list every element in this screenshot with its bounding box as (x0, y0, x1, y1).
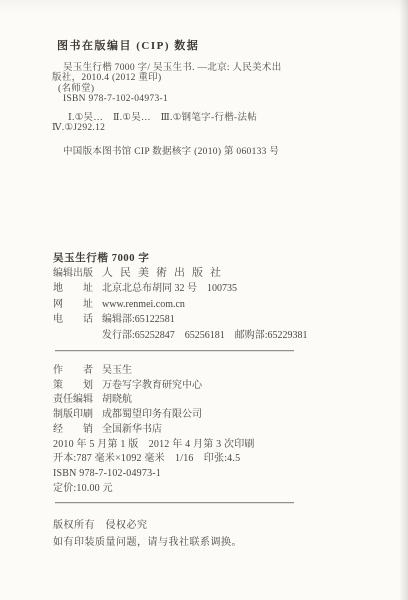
row-value: 编辑部:65122581 (102, 312, 175, 327)
cip-classification-line-2: Ⅳ.①J292.12 (52, 123, 322, 133)
cip-entry-line-2: 版社，2010.4 (2012 重印) (52, 73, 322, 83)
printer-row: 制版印刷 成都蜀望印务有限公司 (53, 408, 353, 423)
phone-row-2: 发行部:65252847 65256181 邮购部:65229381 (53, 328, 353, 343)
website-row: 网 址 www.renmei.com.cn (53, 297, 353, 312)
credits-block: 作 者 吴玉生 策 划 万卷写字教育研究中心 责任编辑 胡晓航 制版印刷 成都蜀… (53, 364, 353, 496)
book-title: 吴玉生行楷 7000 字 (53, 251, 353, 266)
row-label: 制版印刷 (53, 408, 93, 423)
cip-record-number: 中国版本图书馆 CIP 数据核字 (2010) 第 060133 号 (52, 147, 322, 157)
row-value: 发行部:65252847 65256181 邮购部:65229381 (102, 328, 308, 343)
cip-block: 图书在版编目 (CIP) 数据 吴玉生行楷 7000 字/ 吴玉生书. —北京:… (52, 40, 322, 157)
format-line: 开本:787 毫米×1092 毫米 1/16 印张:4.5 (53, 452, 353, 467)
editor-row: 责任编辑 胡晓航 (53, 393, 353, 408)
publisher-row: 编辑出版 人民美術出版社 (53, 266, 353, 281)
row-value: 北京北总布胡同 32 号 100735 (102, 281, 237, 296)
row-label: 策 划 (53, 379, 93, 394)
address-row: 地 址 北京北总布胡同 32 号 100735 (53, 281, 353, 296)
phone-row: 电 话 编辑部:65122581 (53, 312, 353, 327)
row-label: 地 址 (53, 281, 93, 296)
cip-classification-line-1: Ⅰ.①吴… Ⅱ.①吴… Ⅲ.①钢笔字-行楷-法帖 (52, 113, 322, 123)
price-line: 定价:10.00 元 (53, 482, 353, 497)
copyright-notice: 版权所有 侵权必究 (53, 518, 353, 535)
publisher-name-calligraphy: 人民美術出版社 (102, 266, 229, 281)
row-label: 经 销 (53, 423, 93, 438)
row-label: 编辑出版 (53, 266, 93, 281)
row-label (53, 328, 93, 343)
row-value: 成都蜀望印务有限公司 (102, 408, 202, 423)
row-value: www.renmei.com.cn (102, 297, 185, 312)
cip-series: (名师堂) (52, 84, 322, 94)
copyright-page: 图书在版编目 (CIP) 数据 吴玉生行楷 7000 字/ 吴玉生书. —北京:… (0, 0, 408, 600)
cip-entry-line-1: 吴玉生行楷 7000 字/ 吴玉生书. —北京: 人民美术出 (52, 63, 322, 73)
isbn-line: ISBN 978-7-102-04973-1 (53, 467, 353, 482)
quality-notice: 如有印装质量问题，请与我社联系调换。 (53, 535, 353, 552)
row-value: 全国新华书店 (102, 423, 162, 438)
distributor-row: 经 销 全国新华书店 (53, 423, 353, 438)
edition-line: 2010 年 5 月第 1 版 2012 年 4 月第 3 次印刷 (53, 438, 353, 453)
divider-line (55, 350, 294, 351)
row-label: 责任编辑 (53, 393, 93, 408)
author-row: 作 者 吴玉生 (53, 364, 353, 379)
cip-heading: 图书在版编目 (CIP) 数据 (52, 40, 322, 52)
publisher-block: 吴玉生行楷 7000 字 编辑出版 人民美術出版社 地 址 北京北总布胡同 32… (53, 251, 353, 343)
row-value: 胡晓航 (102, 393, 132, 408)
row-value: 吴玉生 (102, 364, 132, 379)
divider-line (55, 502, 294, 503)
footer-block: 版权所有 侵权必究 如有印装质量问题，请与我社联系调换。 (53, 518, 353, 551)
row-label: 作 者 (53, 364, 93, 379)
row-label: 电 话 (53, 312, 93, 327)
row-label: 网 址 (53, 297, 93, 312)
cip-isbn: ISBN 978-7-102-04973-1 (52, 94, 322, 104)
row-value: 万卷写字教育研究中心 (102, 379, 202, 394)
planner-row: 策 划 万卷写字教育研究中心 (53, 379, 353, 394)
